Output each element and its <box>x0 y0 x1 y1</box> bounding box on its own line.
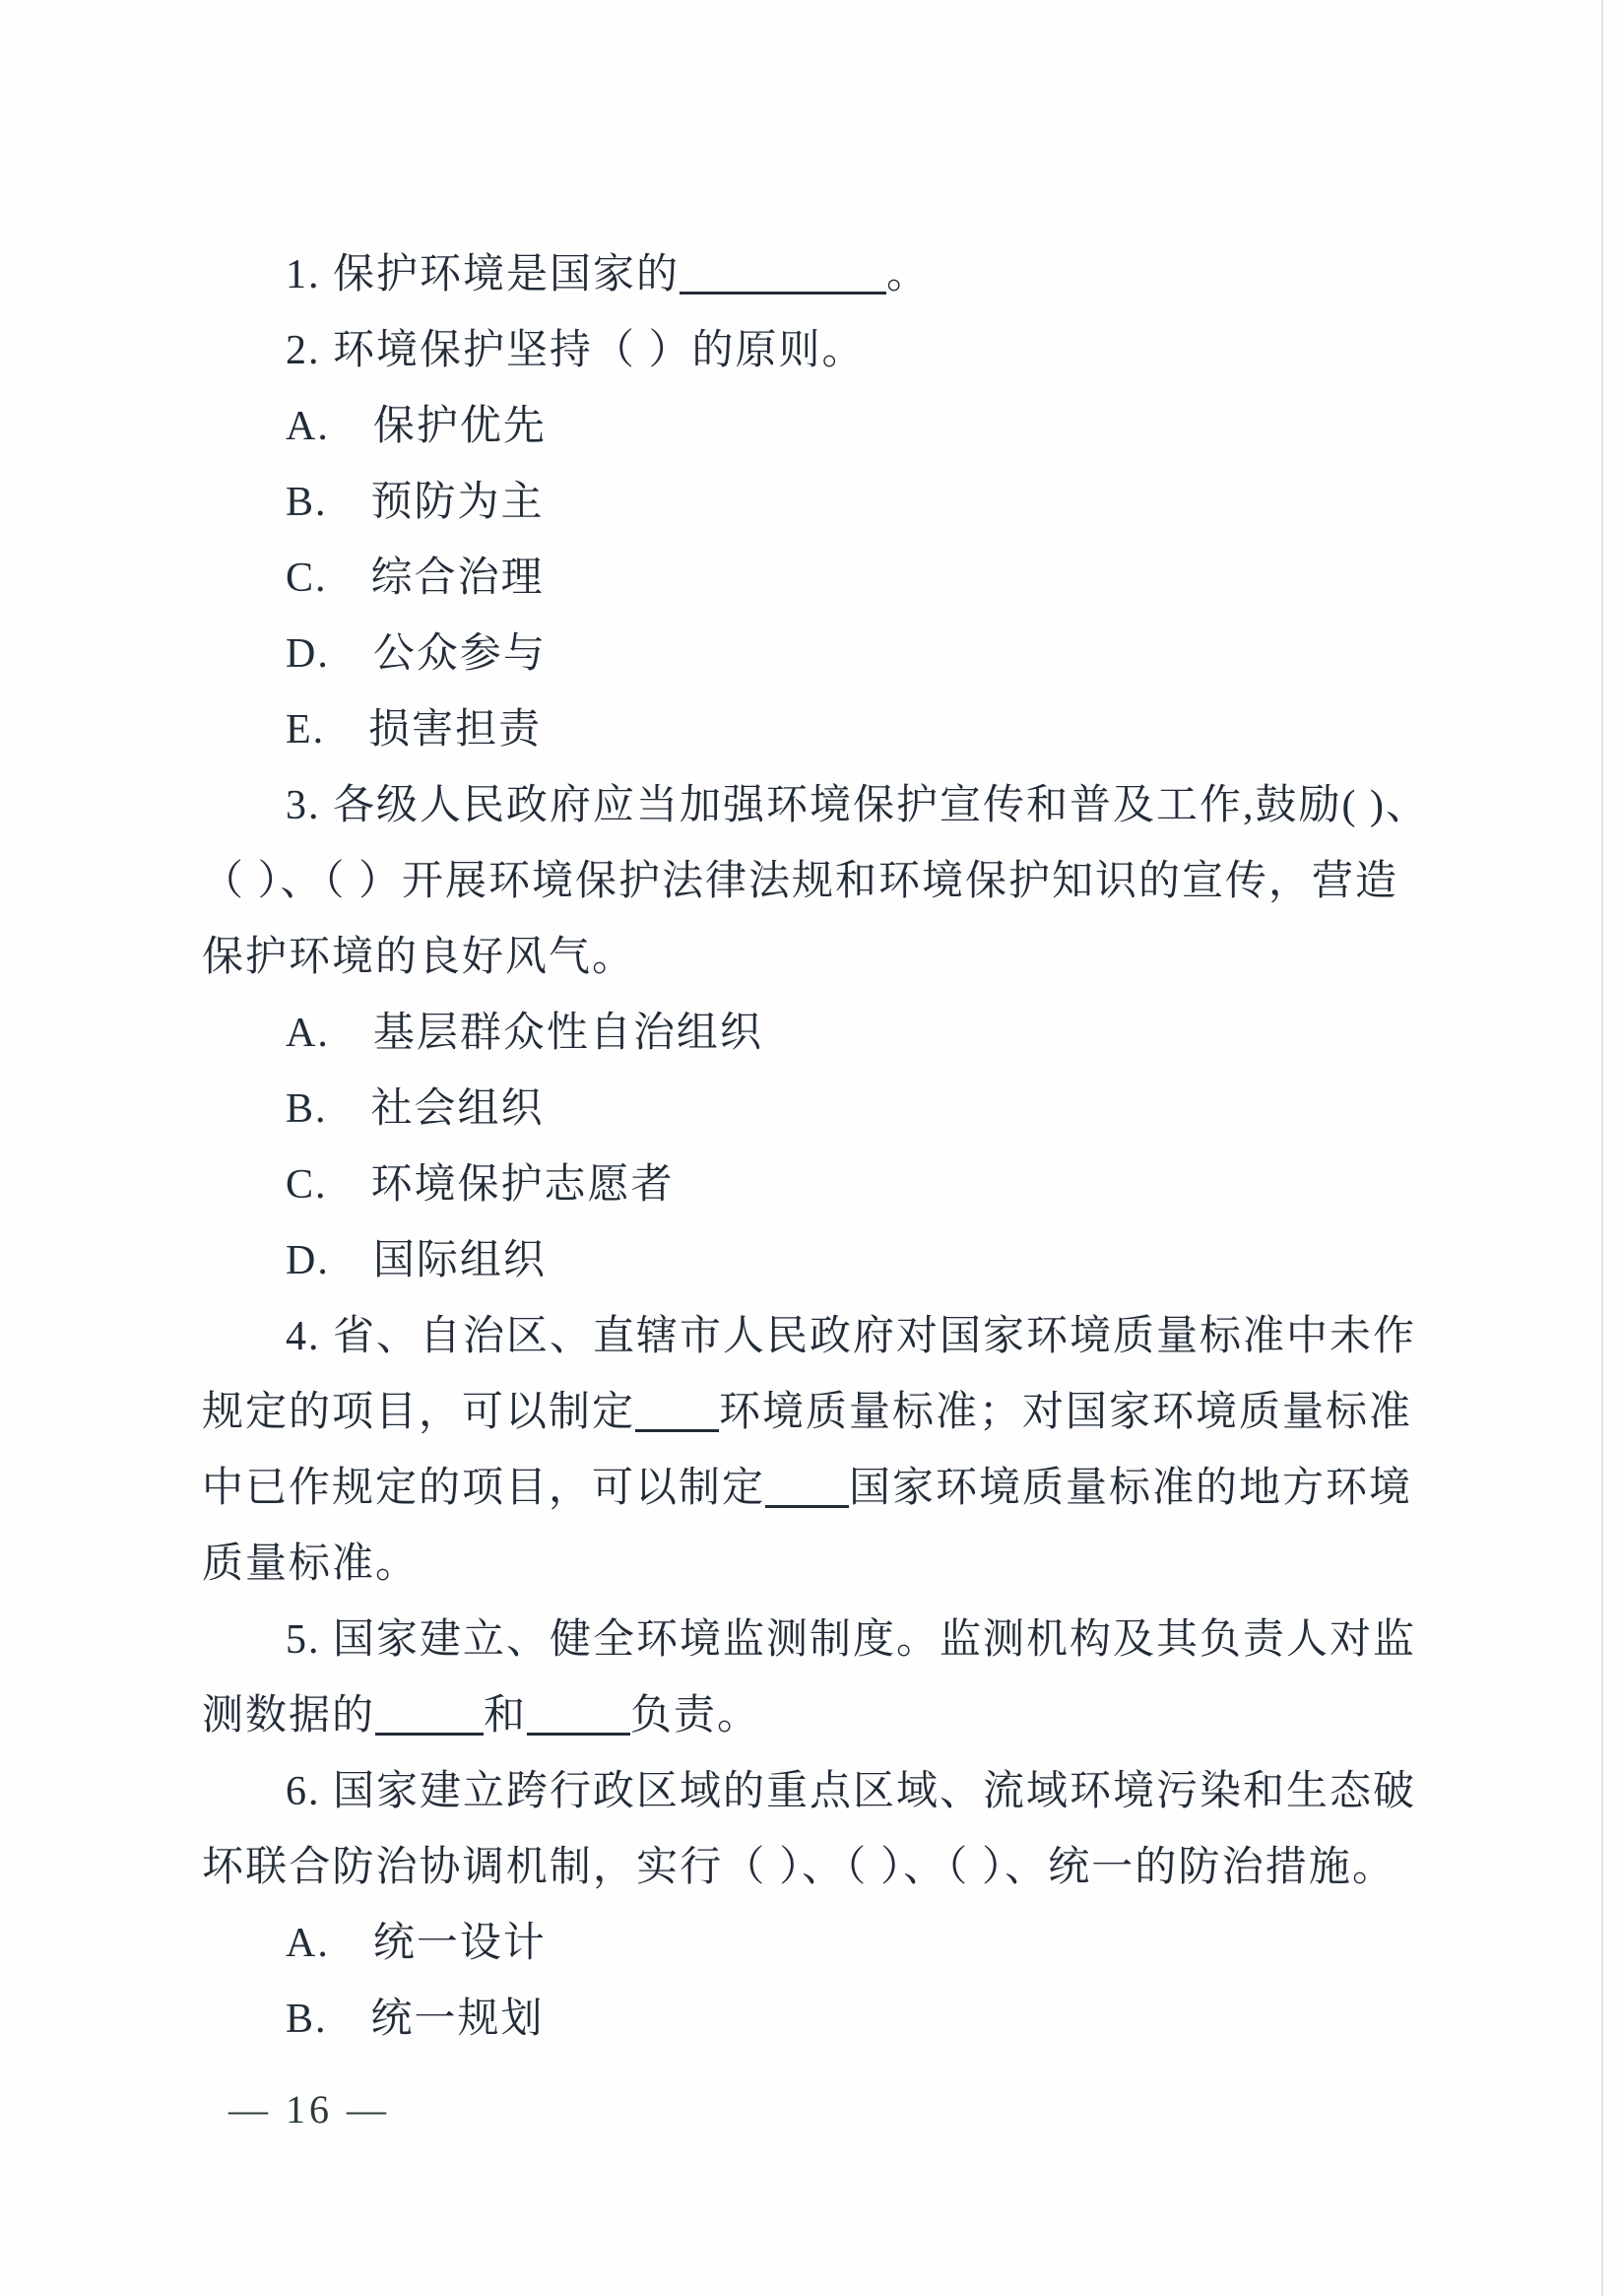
fill-in-blank <box>375 1703 484 1736</box>
question-2-option-d: D. 公众参与 <box>202 617 1395 692</box>
question-5-line-2-mid: 和 <box>484 1693 527 1738</box>
question-3-option-a: A. 基层群众性自治组织 <box>202 996 1395 1072</box>
fill-in-blank <box>635 1400 719 1432</box>
question-1: 1. 保护环境是国家的。 <box>202 237 1395 313</box>
question-5-line-1: 5. 国家建立、健全环境监测制度。监测机构及其负责人对监 <box>202 1603 1395 1678</box>
fill-in-blank <box>680 262 886 295</box>
question-1-period: 。 <box>886 252 930 297</box>
question-3-line-3: 保护环境的良好风气。 <box>202 920 1395 996</box>
question-6-option-b: B. 统一规划 <box>202 1982 1395 2058</box>
question-2-text: 2. 环境保护坚持（ ）的原则。 <box>286 328 866 373</box>
question-5-line-2-post: 负责。 <box>630 1693 760 1738</box>
question-5-line-2: 测数据的和负责。 <box>202 1678 1395 1754</box>
question-6-option-a: A. 统一设计 <box>202 1906 1395 1982</box>
question-3-option-d: D. 国际组织 <box>202 1223 1395 1299</box>
question-2-option-b: B. 预防为主 <box>202 465 1395 541</box>
question-2-option-c: C. 综合治理 <box>202 541 1395 617</box>
question-2: 2. 环境保护坚持（ ）的原则。 <box>202 313 1395 389</box>
question-4-line-3-pre: 中已作规定的项目，可以制定 <box>202 1466 765 1511</box>
question-3-line-1: 3. 各级人民政府应当加强环境保护宣传和普及工作,鼓励( )、 <box>202 768 1395 844</box>
question-6-line-1: 6. 国家建立跨行政区域的重点区域、流域环境污染和生态破 <box>202 1754 1395 1830</box>
question-4-line-2-pre: 规定的项目，可以制定 <box>202 1390 635 1435</box>
question-list: 1. 保护环境是国家的。 2. 环境保护坚持（ ）的原则。 A. 保护优先 B.… <box>202 237 1395 2058</box>
question-3-option-c: C. 环境保护志愿者 <box>202 1148 1395 1223</box>
question-2-option-e: E. 损害担责 <box>202 692 1395 768</box>
document-page: 1. 保护环境是国家的。 2. 环境保护坚持（ ）的原则。 A. 保护优先 B.… <box>0 0 1621 2296</box>
question-4-line-3: 中已作规定的项目，可以制定国家环境质量标准的地方环境 <box>202 1451 1395 1527</box>
scan-artifact-line <box>1601 0 1603 2296</box>
fill-in-blank <box>527 1703 630 1736</box>
question-1-text: 1. 保护环境是国家的 <box>286 252 680 297</box>
question-4-line-2-post: 环境质量标准；对国家环境质量标准 <box>719 1390 1412 1435</box>
question-2-option-a: A. 保护优先 <box>202 389 1395 465</box>
question-3-option-b: B. 社会组织 <box>202 1072 1395 1148</box>
question-4-line-4: 质量标准。 <box>202 1527 1395 1603</box>
question-4-line-1: 4. 省、自治区、直辖市人民政府对国家环境质量标准中未作 <box>202 1299 1395 1375</box>
fill-in-blank <box>765 1476 849 1508</box>
question-5-line-2-pre: 测数据的 <box>202 1693 375 1738</box>
page-number: — 16 — <box>228 2086 390 2132</box>
question-4-line-3-post: 国家环境质量标准的地方环境 <box>849 1466 1412 1511</box>
question-6-line-2: 坏联合防治协调机制，实行（ ）、（ ）、（ ）、统一的防治措施。 <box>202 1830 1395 1906</box>
question-3-line-2: （ ）、（ ）开展环境保护法律法规和环境保护知识的宣传，营造 <box>202 844 1395 920</box>
question-4-line-2: 规定的项目，可以制定环境质量标准；对国家环境质量标准 <box>202 1375 1395 1451</box>
